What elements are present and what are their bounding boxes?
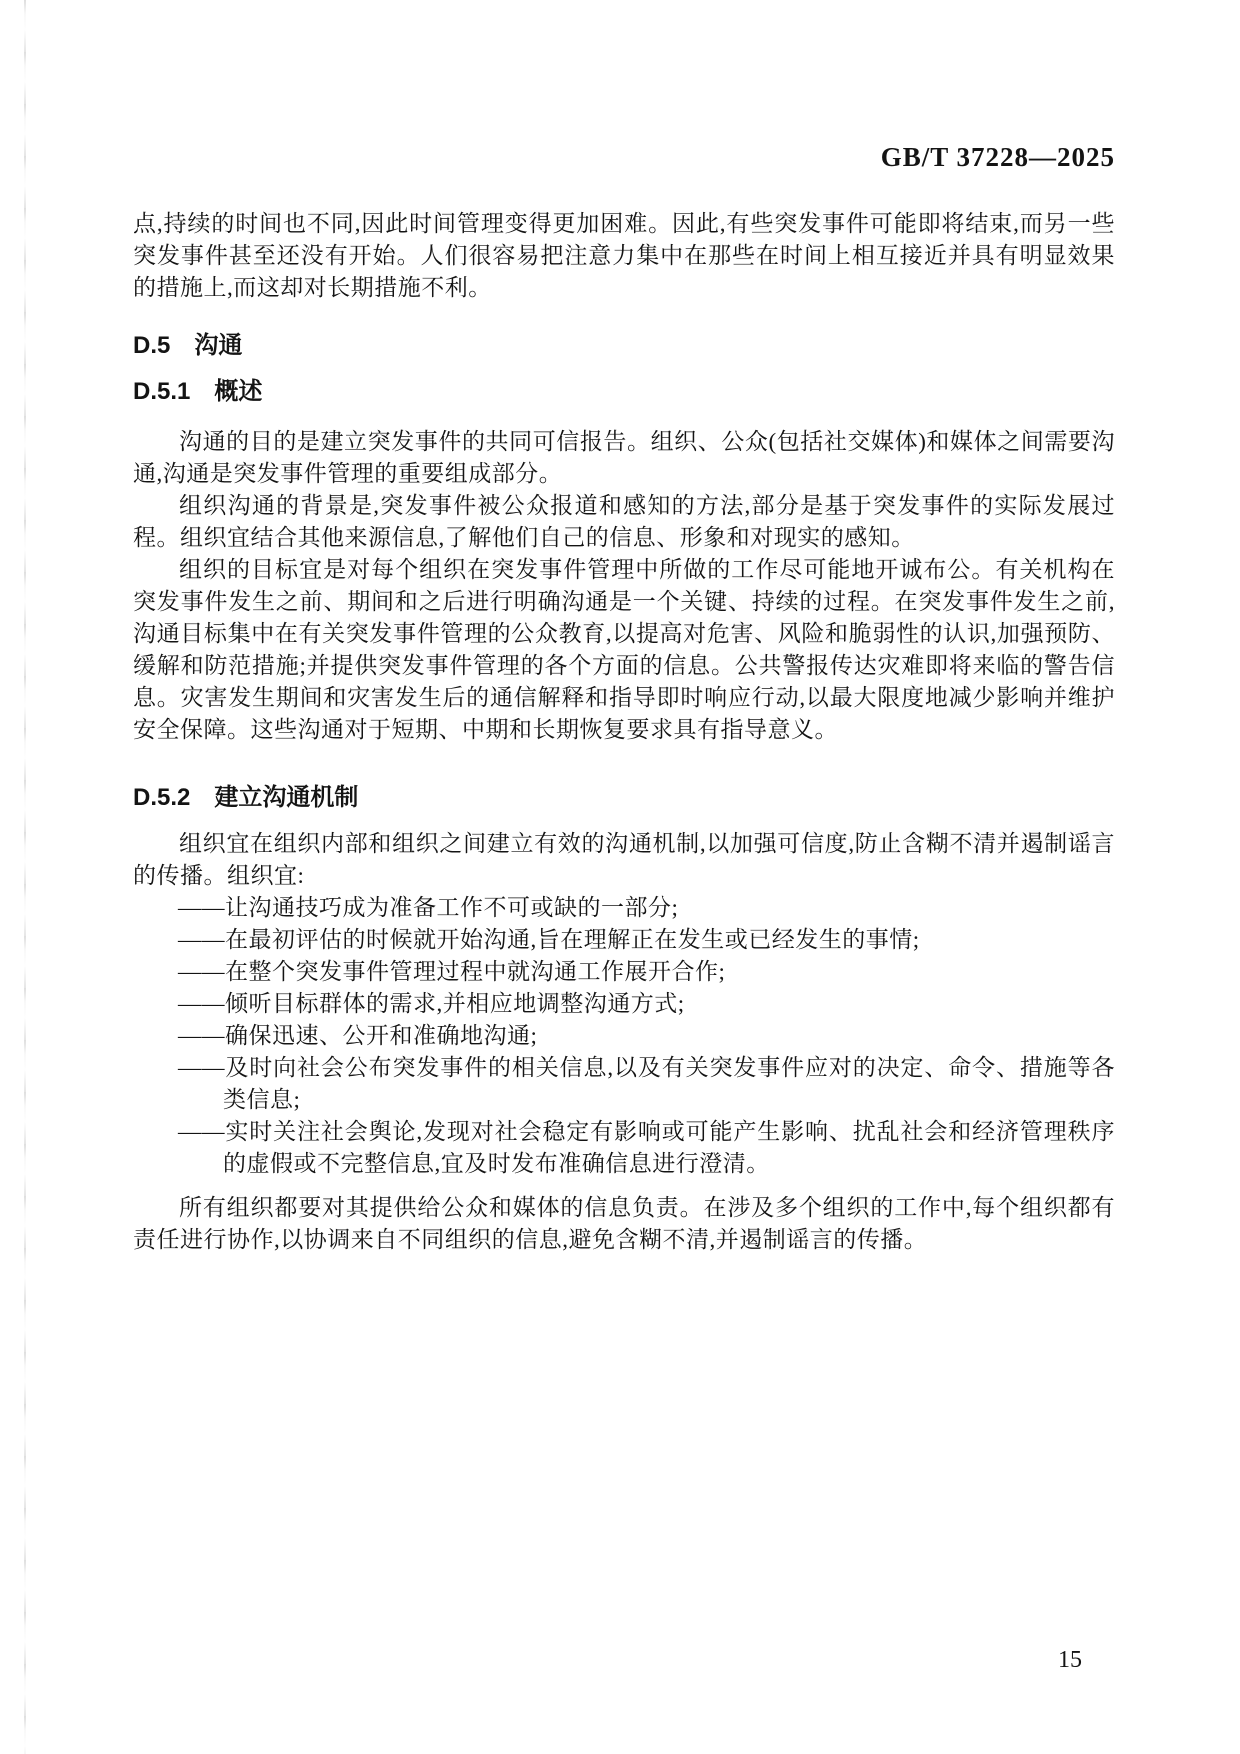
- document-page: GB/T 37228—2025 点,持续的时间也不同,因此时间管理变得更加困难。…: [0, 0, 1240, 1754]
- paragraph: 所有组织都要对其提供给公众和媒体的信息负责。在涉及多个组织的工作中,每个组织都有…: [133, 1192, 1115, 1256]
- list-item: ——确保迅速、公开和准确地沟通;: [133, 1020, 1115, 1052]
- doc-number: GB/T 37228—2025: [133, 142, 1115, 172]
- section-title: 建立沟通机制: [214, 784, 358, 811]
- list-item: ——倾听目标群体的需求,并相应地调整沟通方式;: [133, 988, 1115, 1020]
- section-number: D.5: [133, 332, 170, 359]
- page-content: GB/T 37228—2025 点,持续的时间也不同,因此时间管理变得更加困难。…: [133, 0, 1115, 1256]
- list-item: ——实时关注社会舆论,发现对社会稳定有影响或可能产生影响、扰乱社会和经济管理秩序…: [133, 1116, 1115, 1180]
- list-item: ——让沟通技巧成为准备工作不可或缺的一部分;: [133, 892, 1115, 924]
- section-title: 沟通: [194, 332, 242, 359]
- paragraph: 沟通的目的是建立突发事件的共同可信报告。组织、公众(包括社交媒体)和媒体之间需要…: [133, 426, 1115, 490]
- paragraph: 组织宜在组织内部和组织之间建立有效的沟通机制,以加强可信度,防止含糊不清并遏制谣…: [133, 828, 1115, 892]
- list-item: ——在整个突发事件管理过程中就沟通工作展开合作;: [133, 956, 1115, 988]
- scan-edge-artifact: [24, 0, 26, 1754]
- list-item: ——在最初评估的时候就开始沟通,旨在理解正在发生或已经发生的事情;: [133, 924, 1115, 956]
- list-item: ——及时向社会公布突发事件的相关信息,以及有关突发事件应对的决定、命令、措施等各…: [133, 1052, 1115, 1116]
- paragraph: 组织沟通的背景是,突发事件被公众报道和感知的方法,部分是基于突发事件的实际发展过…: [133, 490, 1115, 554]
- page-number: 15: [1058, 1646, 1082, 1674]
- paragraph-continued: 点,持续的时间也不同,因此时间管理变得更加困难。因此,有些突发事件可能即将结束,…: [133, 208, 1115, 304]
- section-number: D.5.1: [133, 378, 190, 405]
- section-heading-d5: D.5沟通: [133, 330, 1115, 362]
- dash-list: ——让沟通技巧成为准备工作不可或缺的一部分; ——在最初评估的时候就开始沟通,旨…: [133, 892, 1115, 1180]
- section-number: D.5.2: [133, 784, 190, 811]
- section-heading-d51: D.5.1概述: [133, 376, 1115, 408]
- section-heading-d52: D.5.2建立沟通机制: [133, 782, 1115, 814]
- section-title: 概述: [214, 378, 262, 405]
- paragraph: 组织的目标宜是对每个组织在突发事件管理中所做的工作尽可能地开诚布公。有关机构在突…: [133, 554, 1115, 746]
